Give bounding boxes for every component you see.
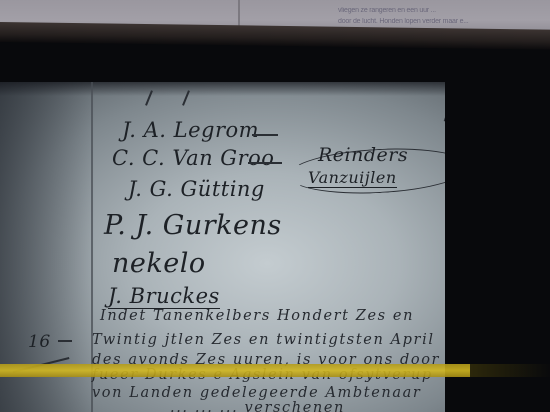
record-text-line: Twintig jtlen Zes en twintigtsten April bbox=[92, 332, 435, 348]
ink-stroke bbox=[444, 94, 445, 121]
signature-name: C. C. Van Groo bbox=[112, 146, 274, 170]
entry-dash bbox=[58, 340, 72, 342]
entry-number: 16 bbox=[28, 332, 51, 352]
book-text-line: vliegen ze rangeren en een uur ... bbox=[338, 7, 436, 14]
line-guide-ruler bbox=[0, 364, 470, 377]
record-text-line: von Landen gedelegeerde Ambtenaar bbox=[92, 385, 421, 401]
line-guide-ruler-shadow bbox=[470, 364, 550, 377]
signature-name: nekelo bbox=[112, 248, 206, 279]
signature-dash bbox=[248, 162, 282, 164]
official-signature-line1: Reinders bbox=[318, 144, 408, 166]
screen-top-shadow bbox=[0, 82, 445, 96]
signature-name: J. A. Legrom bbox=[122, 118, 259, 142]
signature-name: P. J. Gurkens bbox=[104, 210, 282, 241]
official-signature-line2: Vanzuijlen bbox=[308, 168, 397, 188]
record-text-line: Indet Tanenkelbers Hondert Zes en bbox=[100, 308, 414, 324]
signature-name: J. Bruckes bbox=[108, 284, 220, 309]
microfilm-screen: J. A. Legrom C. C. Van Groo J. G. Güttin… bbox=[0, 82, 445, 412]
signature-dash bbox=[252, 134, 278, 136]
signature-name: J. G. Gütting bbox=[128, 177, 265, 201]
record-text-line: ... ... ... verschenen bbox=[170, 400, 345, 412]
book-text-line: door de lucht. Honden lopen verder maar … bbox=[338, 18, 469, 25]
